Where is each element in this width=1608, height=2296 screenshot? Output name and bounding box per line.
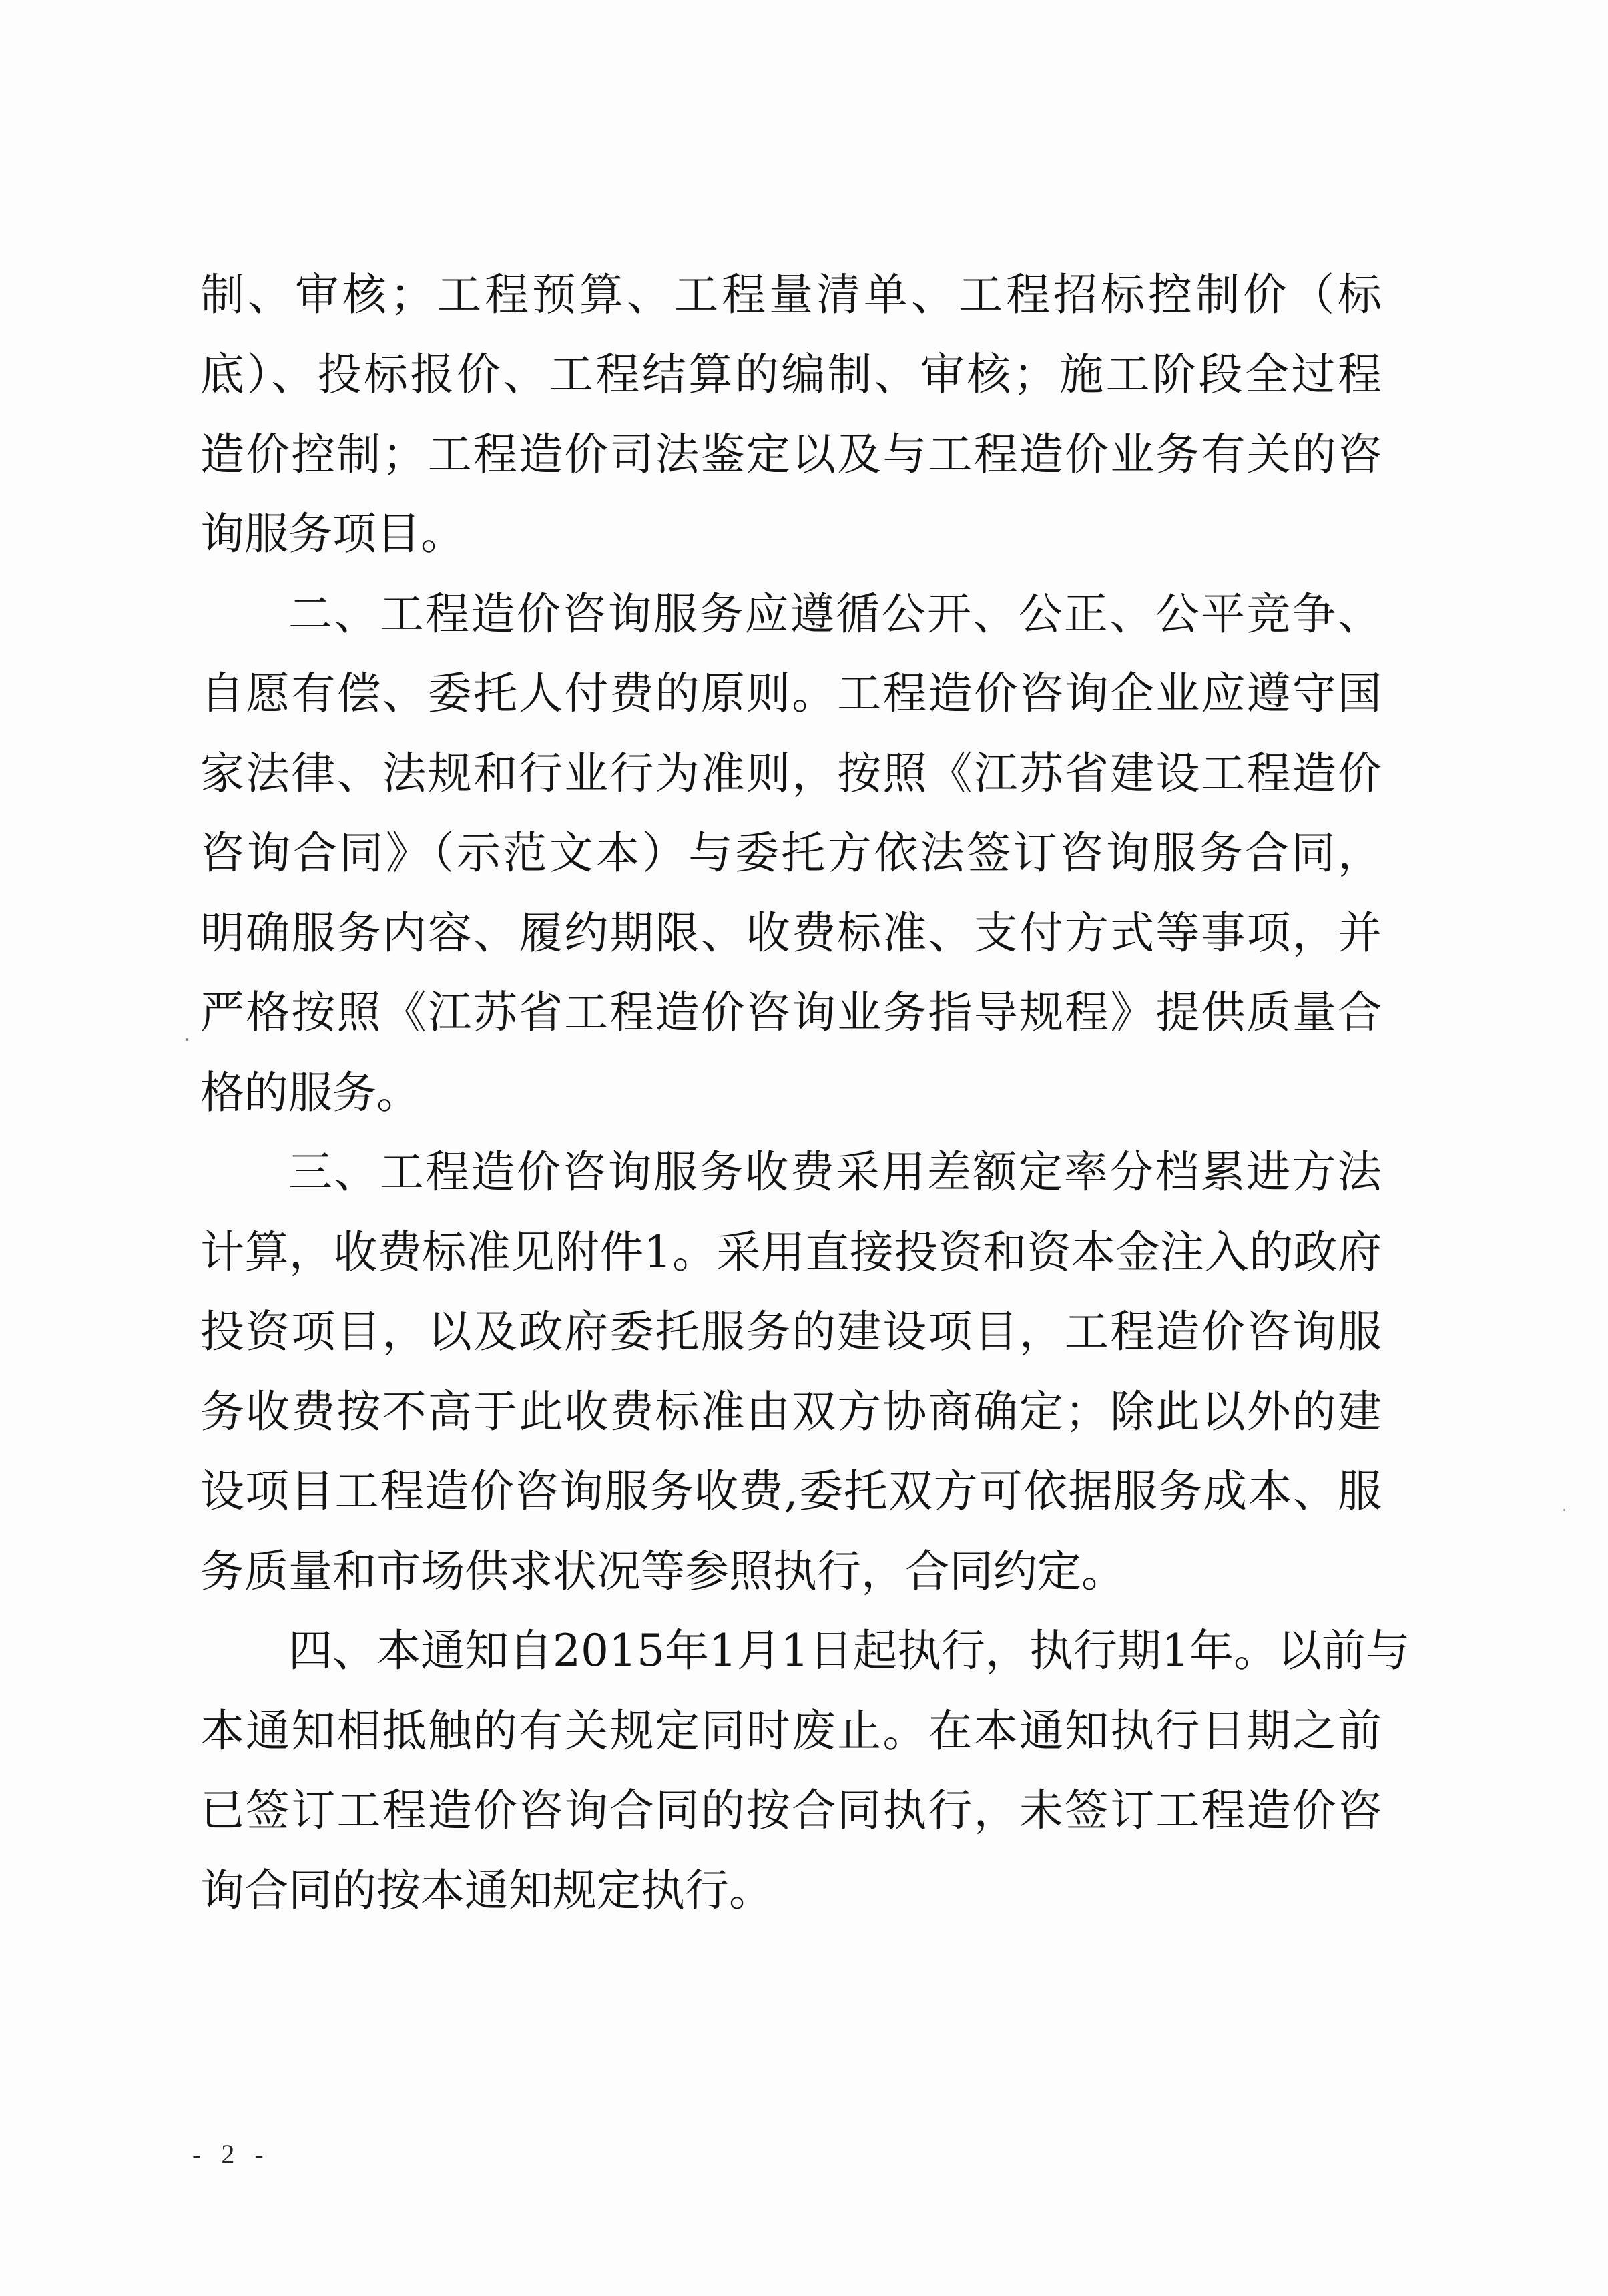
section-2-heading-line: 二、工程造价咨询服务应遵循公开、公正、公平竞争、 [288,588,1382,641]
document-page: 制、审核；工程预算、工程量清单、工程招标控制价（标 底）、投标报价、工程结算的编… [0,0,1608,2296]
text-line: 格的服务。 [200,1066,421,1120]
text-line: 务收费按不高于此收费标准由双方协商确定；除此以外的建 [200,1385,1382,1439]
page-number: - 2 - [192,2138,270,2170]
scan-speck [186,1038,188,1041]
text-line: 询服务项目。 [200,507,465,561]
text-line: 投资项目，以及政府委托服务的建设项目，工程造价咨询服 [200,1305,1382,1359]
text-line: 咨询合同》（示范文本）与委托方依法签订咨询服务合同， [200,827,1382,880]
text-line: 务质量和市场供求状况等参照执行，合同约定。 [200,1545,1125,1598]
text-line: 设项目工程造价咨询服务收费,委托双方可依据服务成本、服 [200,1465,1382,1518]
text-line: 底）、投标报价、工程结算的编制、审核；施工阶段全过程 [200,348,1382,401]
section-3-heading-line: 三、工程造价咨询服务收费采用差额定率分档累进方法 [288,1146,1382,1199]
text-line: 明确服务内容、履约期限、收费标准、支付方式等事项，并 [200,907,1382,960]
scan-speck [1563,1509,1565,1511]
text-line: 已签订工程造价咨询合同的按合同执行，未签订工程造价咨 [200,1784,1382,1837]
section-4-heading-line: 四、本通知自2015年1月1日起执行，执行期1年。以前与 [288,1624,1382,1678]
text-line: 自愿有偿、委托人付费的原则。工程造价咨询企业应遵守国 [200,667,1382,720]
text-line: 计算，收费标准见附件1。采用直接投资和资本金注入的政府 [200,1226,1382,1279]
text-line: 造价控制；工程造价司法鉴定以及与工程造价业务有关的咨 [200,428,1382,481]
text-line: 家法律、法规和行业行为准则，按照《江苏省建设工程造价 [200,747,1382,800]
text-line: 严格按照《江苏省工程造价咨询业务指导规程》提供质量合 [200,986,1382,1040]
text-line: 本通知相抵触的有关规定同时废止。在本通知执行日期之前 [200,1704,1382,1758]
text-line: 询合同的按本通知规定执行。 [200,1864,773,1917]
text-line: 制、审核；工程预算、工程量清单、工程招标控制价（标 [200,268,1382,322]
